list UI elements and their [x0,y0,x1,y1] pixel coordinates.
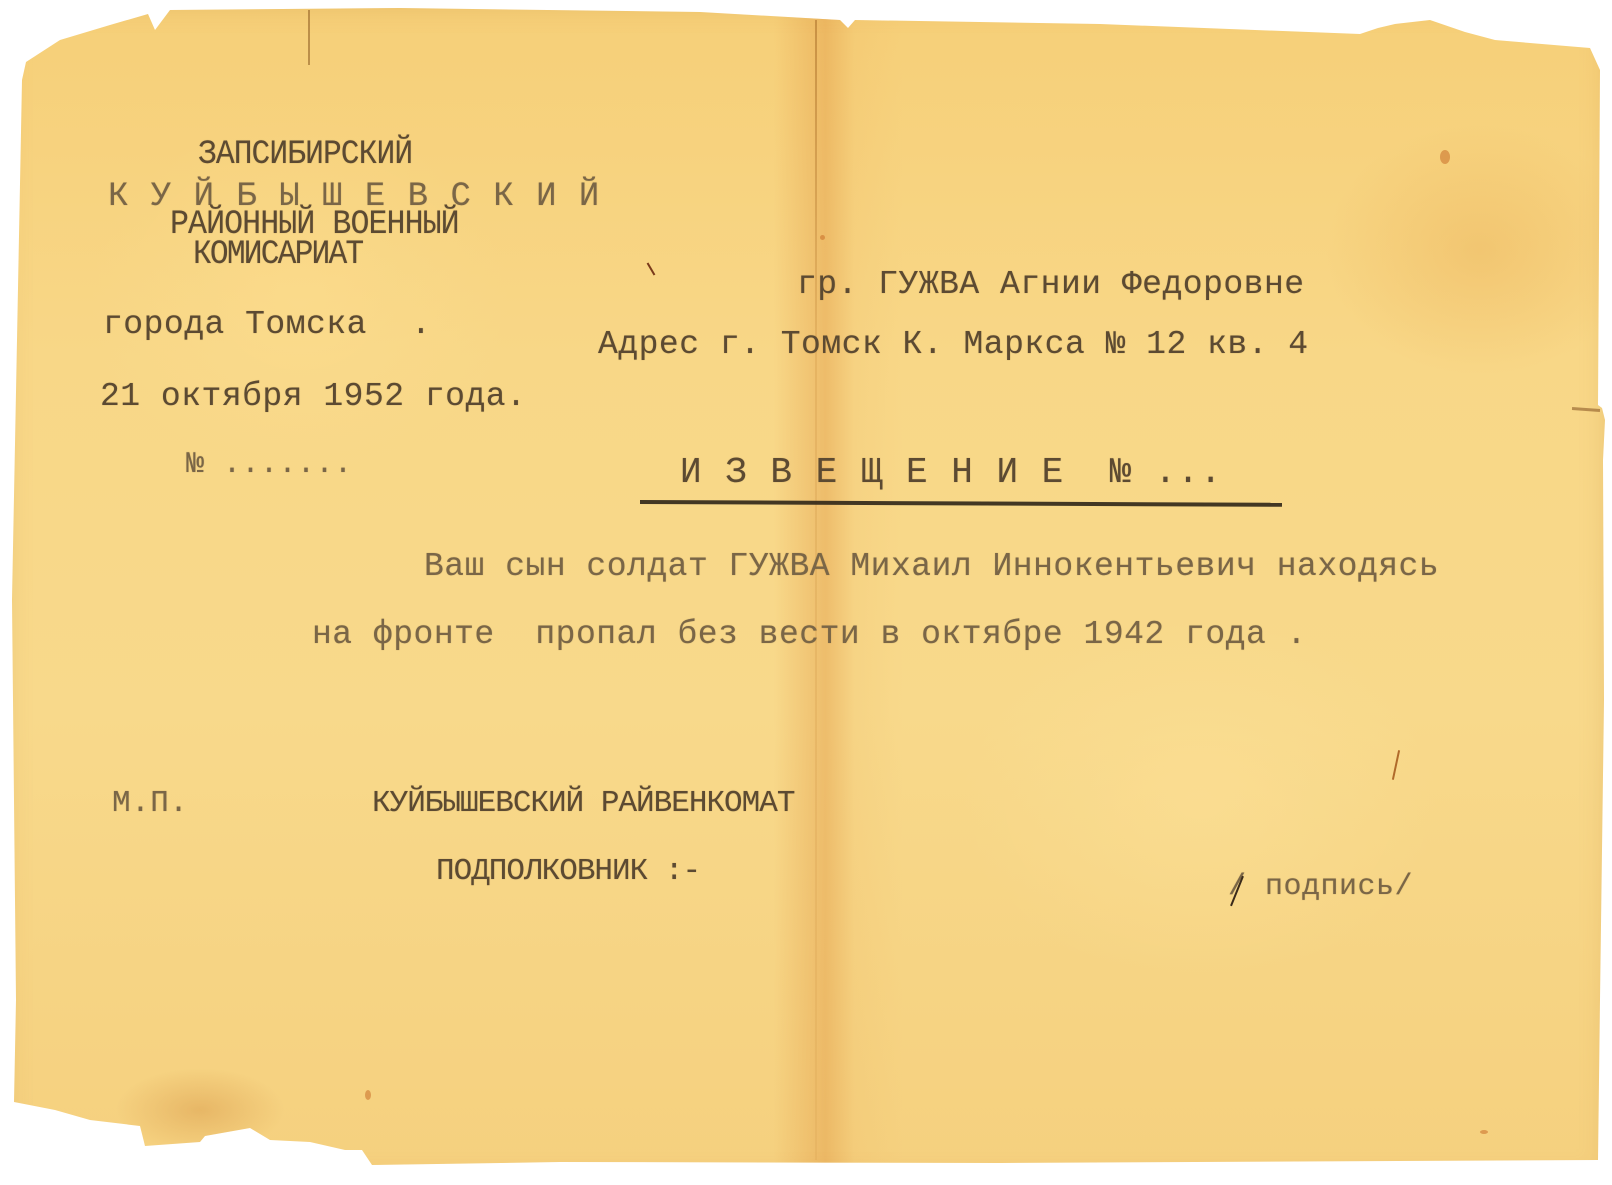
fold-crease [815,20,817,1160]
document-title: И З В Е Щ Е Н И Е № ... [680,455,1222,491]
paper-tear [308,10,310,65]
pen-mark [1392,750,1400,780]
recipient-address: Адрес г. Томск К. Маркса № 12 кв. 4 [598,328,1309,361]
pen-mark [647,262,656,275]
outgoing-number: № ....... [186,450,353,480]
city: города Томска [103,308,367,341]
body-line-1: Ваш сын солдат ГУЖВА Михаил Иннокентьеви… [424,550,1439,583]
city-punctuation: . [411,308,431,341]
paper-sheet: ЗАПСИБИРСКИЙ К У Й Б Ы Ш Е В С К И Й РАЙ… [0,0,1612,1185]
scanned-document: ЗАПСИБИРСКИЙ К У Й Б Ы Ш Е В С К И Й РАЙ… [0,0,1612,1185]
recipient-name: гр. ГУЖВА Агнии Федоровне [797,268,1305,301]
paper-tear [1572,407,1600,412]
department-name: КУЙБЫШЕВСКИЙ РАЙВЕНКОМАТ [372,788,794,819]
body-line-2: на фронте пропал без вести в октябре 194… [312,618,1307,651]
issuer-line-4: КОМИСАРИАТ [193,238,362,272]
signatory-rank: ПОДПОЛКОВНИК :- [436,856,700,887]
issuer-line-1: ЗАПСИБИРСКИЙ [198,138,412,172]
issue-date: 21 октября 1952 года. [100,380,526,413]
signature-placeholder: / подпись/ [1228,872,1413,902]
title-underline [640,500,1282,507]
stain-speck [365,1090,371,1100]
stain-speck [1440,150,1450,164]
stain-speck [820,235,825,240]
stain-speck [1480,1130,1488,1134]
seal-mark: М.П. [112,788,188,819]
